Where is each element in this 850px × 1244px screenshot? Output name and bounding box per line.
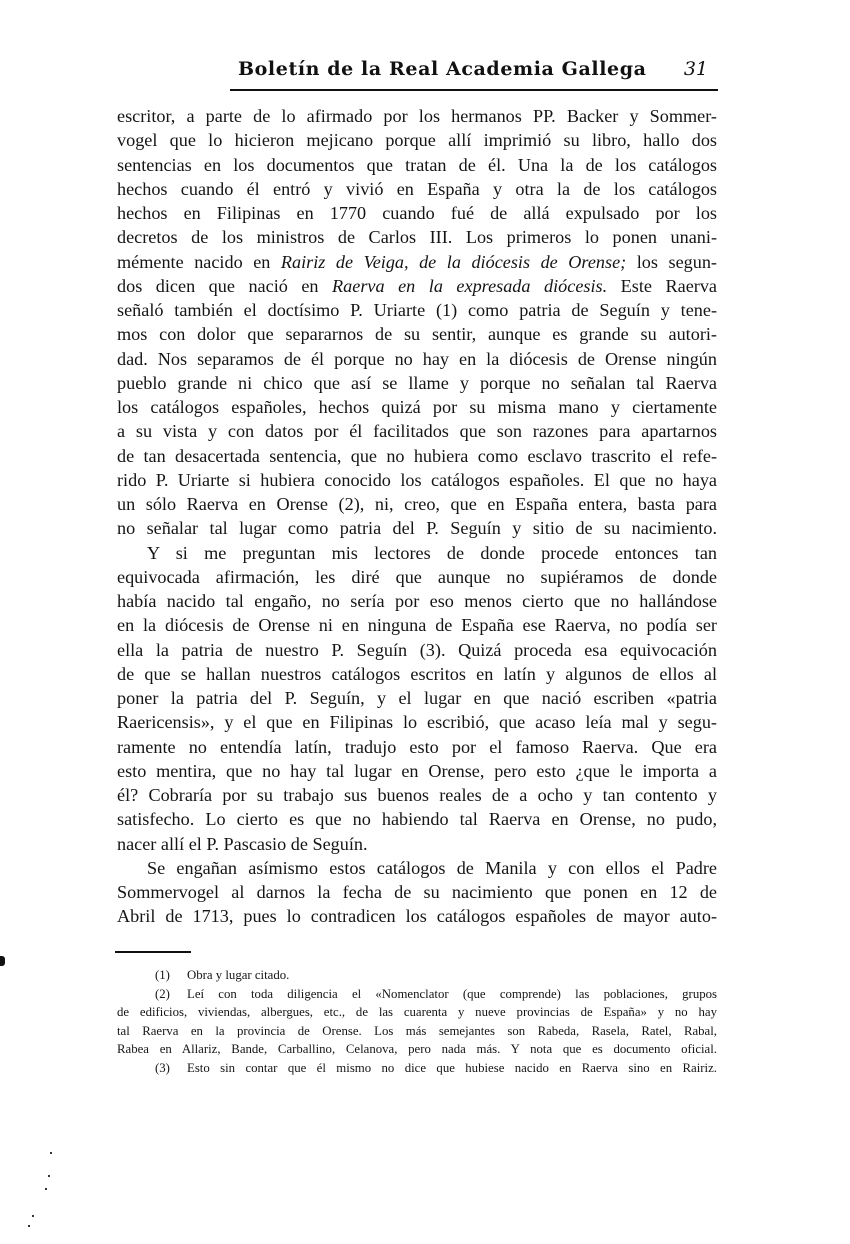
text-line: hechos cuando él entró y vivió en España…	[117, 177, 717, 201]
text-line: en la diócesis de Orense ni en ninguna d…	[117, 613, 717, 637]
text-line: decretos de los ministros de Carlos III.…	[117, 225, 717, 249]
footnote-2-continued: Rabea en Allariz, Bande, Carballino, Cel…	[117, 1040, 717, 1059]
text-line: un sólo Raerva en Orense (2), ni, creo, …	[117, 492, 717, 516]
footnote-text: Leí con toda diligencia el «Nomenclator …	[187, 987, 717, 1001]
scan-speck	[32, 1215, 34, 1217]
text-line: había nacido tal engaño, no sería por es…	[117, 589, 717, 613]
text-line: pueblo grande ni chico que así se llame …	[117, 371, 717, 395]
footnote-3: (3)Esto sin contar que él mismo no dice …	[117, 1059, 717, 1078]
paragraph-start-line: Se engañan asímismo estos catálogos de M…	[117, 856, 717, 880]
text-line: señaló también el doctísimo P. Uriarte (…	[117, 298, 717, 322]
page-number: 31	[684, 58, 708, 80]
paragraph-start-line: Y si me preguntan mis lectores de donde …	[117, 541, 717, 565]
text-line: Abril de 1713, pues lo contradicen los c…	[117, 904, 717, 928]
text-line: dos dicen que nació en Raerva en la expr…	[117, 274, 717, 298]
running-title: Boletín de la Real Academia Gallega	[238, 58, 647, 80]
text-span: mémente nacido en	[117, 252, 281, 272]
text-line: rido P. Uriarte si hubiera conocido los …	[117, 468, 717, 492]
text-line: esto mentira, que no hay tal lugar en Or…	[117, 759, 717, 783]
scan-edge-mark	[0, 956, 5, 966]
text-line: mos con dolor que separarnos de su senti…	[117, 322, 717, 346]
paragraph-end-line: nacer allí el P. Pascasio de Seguín.	[117, 832, 717, 856]
running-header: Boletín de la Real Academia Gallega 31	[230, 56, 716, 86]
footnote-1: (1)Obra y lugar citado.	[117, 966, 717, 985]
text-line: a su vista y con datos por él facilitado…	[117, 419, 717, 443]
text-line: Sommervogel al darnos la fecha de su nac…	[117, 880, 717, 904]
text-line: los catálogos españoles, hechos quizá po…	[117, 395, 717, 419]
text-line: poner la patria del P. Seguín, y el luga…	[117, 686, 717, 710]
text-line: ella la patria de nuestro P. Seguín (3).…	[117, 638, 717, 662]
text-line: no señalar tal lugar como patria del P. …	[117, 516, 717, 540]
footnote-separator	[115, 951, 191, 953]
text-span: dos dicen que nació en	[117, 276, 332, 296]
text-line: Raericensis», y el que en Filipinas lo e…	[117, 710, 717, 734]
footnote-number: (2)	[155, 985, 187, 1004]
footnote-2-continued: de edificios, viviendas, albergues, etc.…	[117, 1003, 717, 1022]
text-span: Este Raerva	[607, 276, 717, 296]
text-line: escritor, a parte de lo afirmado por los…	[117, 104, 717, 128]
footnote-number: (1)	[155, 966, 187, 985]
italic-place-name: Raerva en la expresada diócesis.	[332, 276, 607, 296]
scan-speck	[48, 1175, 50, 1177]
footnote-2: (2)Leí con toda diligencia el «Nomenclat…	[117, 985, 717, 1004]
footnotes: (1)Obra y lugar citado. (2)Leí con toda …	[117, 966, 717, 1077]
header-rule	[230, 89, 718, 91]
text-line: mémente nacido en Rairiz de Veiga, de la…	[117, 250, 717, 274]
scan-speck	[45, 1188, 47, 1190]
text-line: de que se hallan nuestros catálogos escr…	[117, 662, 717, 686]
text-line: vogel que lo hicieron mejicano porque al…	[117, 128, 717, 152]
footnote-number: (3)	[155, 1059, 187, 1078]
scan-speck	[50, 1152, 52, 1154]
footnote-2-continued: tal Raerva en la provincia de Orense. Lo…	[117, 1022, 717, 1041]
text-span: los segun-	[626, 252, 717, 272]
body-text: escritor, a parte de lo afirmado por los…	[117, 104, 717, 929]
text-line: de tan desacertada sentencia, que no hub…	[117, 444, 717, 468]
footnote-text: Obra y lugar citado.	[187, 968, 289, 982]
text-line: dad. Nos separamos de él porque no hay e…	[117, 347, 717, 371]
text-line: satisfecho. Lo cierto es que no habiendo…	[117, 807, 717, 831]
italic-place-name: Rairiz de Veiga, de la diócesis de Orens…	[281, 252, 626, 272]
scanned-page: Boletín de la Real Academia Gallega 31 e…	[0, 0, 850, 1244]
footnote-text: Esto sin contar que él mismo no dice que…	[187, 1061, 717, 1075]
scan-speck	[28, 1225, 30, 1227]
text-line: ramente no entendía latín, tradujo esto …	[117, 735, 717, 759]
text-line: él? Cobraría por su trabajo sus buenos r…	[117, 783, 717, 807]
text-line: sentencias en los documentos que tratan …	[117, 153, 717, 177]
text-line: hechos en Filipinas en 1770 cuando fué d…	[117, 201, 717, 225]
text-line: equivocada afirmación, les diré que aunq…	[117, 565, 717, 589]
